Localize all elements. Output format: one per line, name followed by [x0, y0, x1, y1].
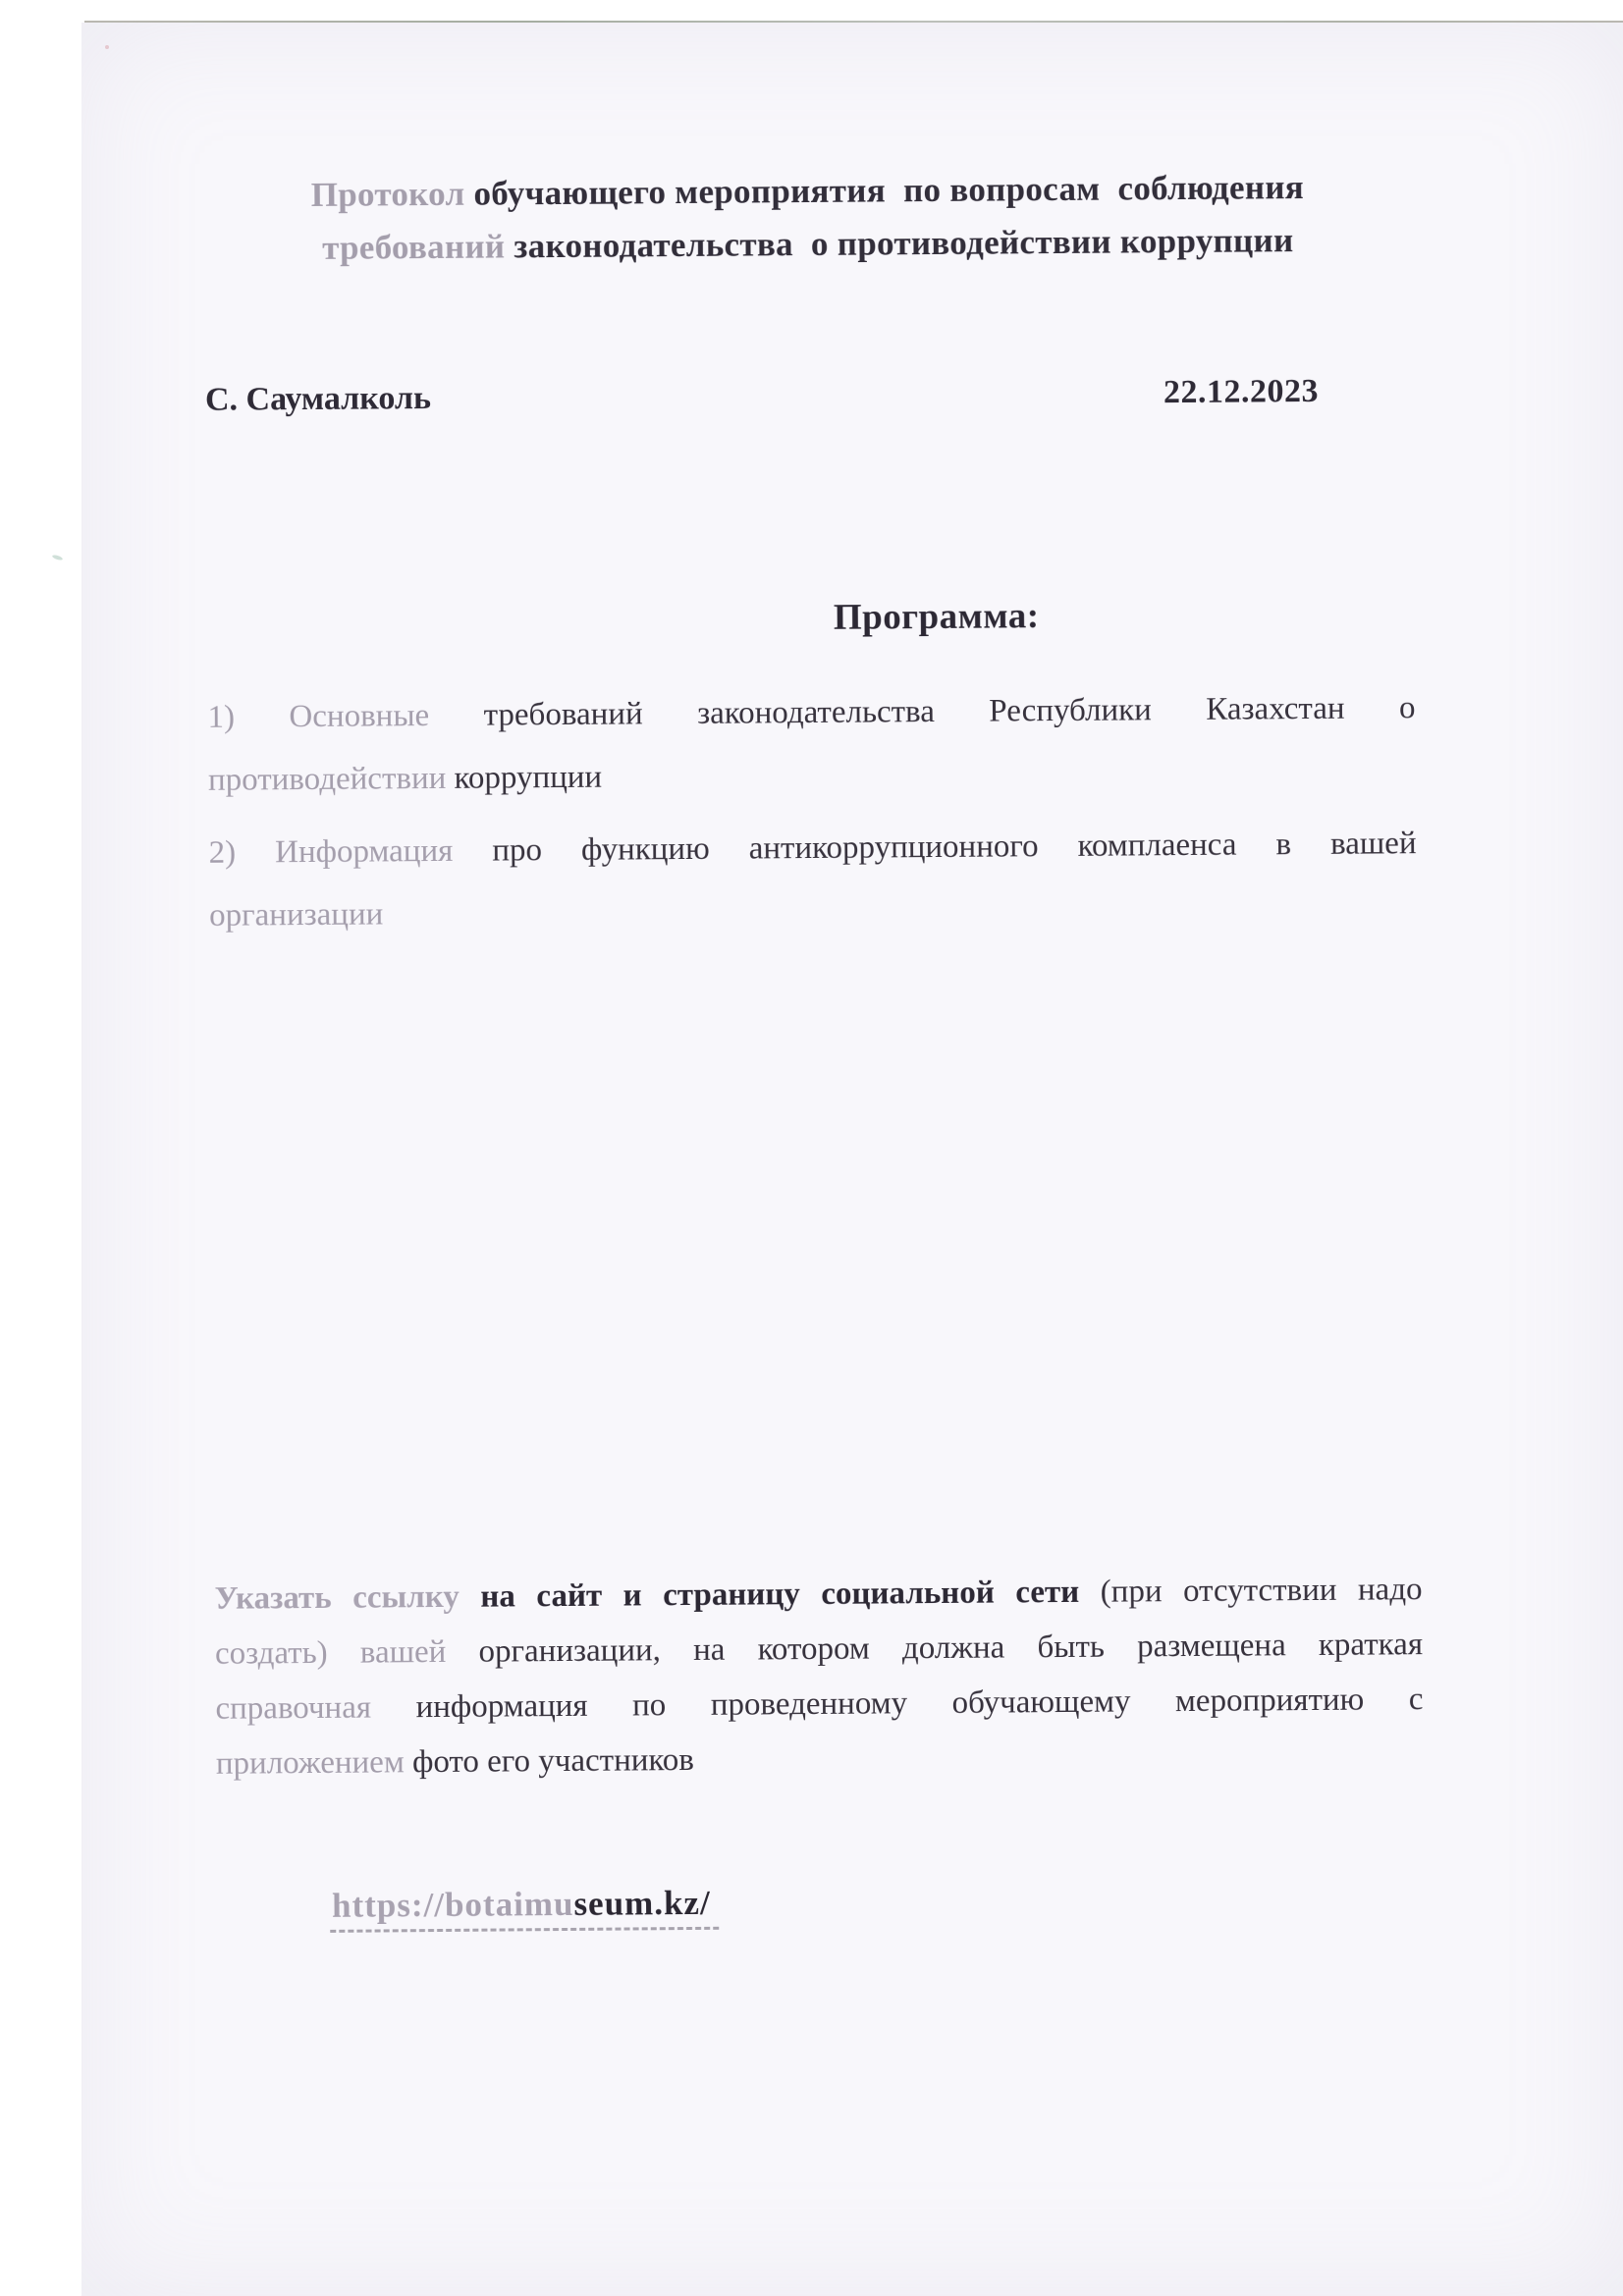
instruction-line-4: приложением фото его участников: [216, 1727, 1424, 1791]
document-title: Протокол обучающего мероприятия по вопро…: [203, 160, 1412, 276]
website-link[interactable]: https://botaimuseum.kz/: [330, 1884, 719, 1933]
program-item-2: 2) Информация про функцию антикоррупцион…: [208, 812, 1417, 947]
program-item-1-line-2-text: коррупции: [446, 760, 602, 796]
program-item-1-line-1: 1) Основные требований законодательства …: [207, 676, 1415, 749]
program-item-1: 1) Основные требований законодательства …: [207, 676, 1416, 812]
title-line-1-faded-text: Протокол: [311, 175, 465, 214]
instruction-paragraph: Указать ссылку на сайт и страницу социал…: [214, 1562, 1424, 1791]
title-line-2-text: законодательства о противодействии корру…: [505, 221, 1293, 265]
program-item-2-line-2-faded-text: организации: [209, 896, 383, 933]
place-label: С. Саумалколь: [205, 380, 431, 419]
website-link-text: seum.kz/: [573, 1884, 711, 1923]
program-item-2-line-1: 2) Информация про функцию антикоррупцион…: [208, 812, 1416, 884]
instruction-line-3: справочная информация по проведенному об…: [215, 1672, 1423, 1736]
instruction-line-3-text: информация по проведенному обучающему ме…: [371, 1682, 1424, 1725]
program-item-2-faded-text: 2) Информация: [208, 833, 453, 871]
program-item-2-line-2: организации: [209, 875, 1417, 947]
instruction-bold-text: на сайт и страницу социальной сети: [460, 1575, 1080, 1615]
program-heading: Программа:: [333, 591, 1541, 643]
program-item-1-faded-text: 1) Основные: [207, 698, 429, 735]
instruction-line-2: создать) вашей организации, на котором д…: [215, 1617, 1423, 1682]
instruction-line-1-text: (при отсутствии надо: [1079, 1572, 1423, 1610]
program-item-1-line-2-faded-text: противодействии: [208, 761, 447, 798]
title-line-1-text: обучающего мероприятия по вопросам соблю…: [464, 168, 1304, 213]
dateline: С. Саумалколь 22.12.2023: [205, 372, 1413, 419]
website-link-faded-text: https://botaimu: [332, 1885, 574, 1925]
title-line-2-faded-text: требований: [322, 227, 505, 266]
date-label: 22.12.2023: [1163, 373, 1319, 411]
instruction-line-3-faded-text: справочная: [215, 1690, 371, 1727]
document-content: Протокол обучающего мероприятия по вопро…: [0, 0, 1623, 2296]
instruction-line-4-text: фото его участников: [405, 1742, 694, 1780]
title-line-2: требований законодательства о противодей…: [204, 213, 1412, 276]
program-item-1-text: требований законодательства Республики К…: [429, 690, 1416, 733]
instruction-line-2-text: организации, на котором должна быть разм…: [446, 1627, 1423, 1670]
instruction-line-4-faded-text: приложением: [216, 1744, 405, 1782]
instruction-line-2-faded-text: создать) вашей: [215, 1634, 447, 1672]
instruction-line-1: Указать ссылку на сайт и страницу социал…: [214, 1562, 1422, 1627]
program-item-2-text: про функцию антикоррупционного комплаенс…: [453, 826, 1417, 869]
title-line-1: Протокол обучающего мероприятия по вопро…: [203, 160, 1411, 223]
program-item-1-line-2: противодействии коррупции: [208, 739, 1416, 812]
instruction-bold-faded-text: Указать ссылку: [214, 1579, 460, 1617]
